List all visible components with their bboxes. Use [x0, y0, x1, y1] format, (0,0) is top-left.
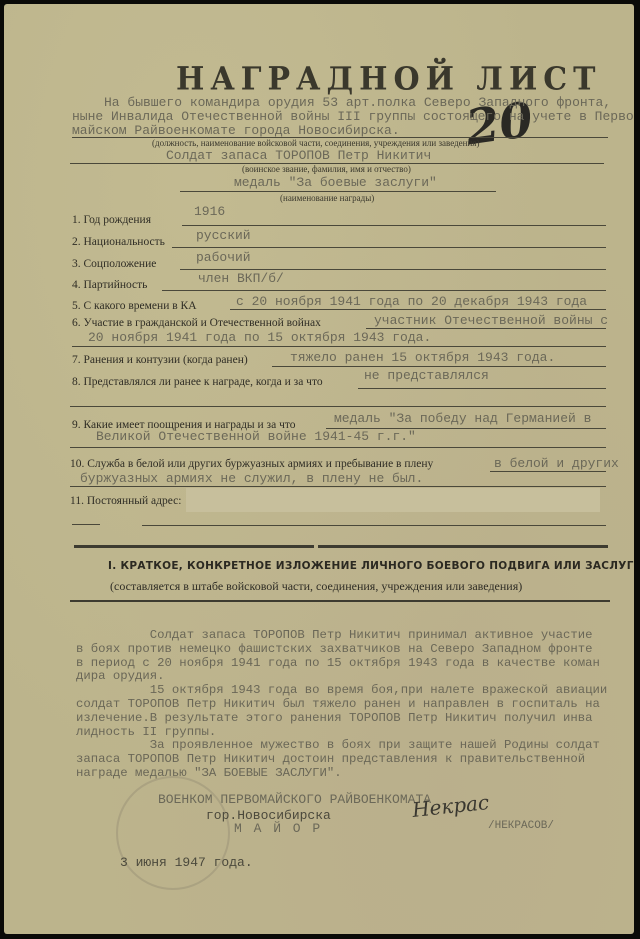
position-caption: (должность, наименование войсковой части…	[152, 138, 479, 148]
narrative-line: излечение.В результате этого ранения ТОР…	[76, 712, 607, 726]
narrative-text: Солдат запаса ТОРОПОВ Петр Никитич прини…	[76, 629, 607, 781]
field-label-nationality: 2. Национальность	[72, 236, 165, 248]
section-title: I. КРАТКОЕ, КОНКРЕТНОЕ ИЗЛОЖЕНИЕ ЛИЧНОГО…	[108, 560, 634, 572]
field-label-previous-awards: 8. Представлялся ли ранее к награде, ког…	[72, 376, 323, 388]
field-label-social-status: 3. Соцположение	[72, 258, 156, 270]
narrative-line: 15 октября 1943 года во время боя,при на…	[76, 684, 607, 698]
field-value-service-since: с 20 ноября 1941 года по 20 декабря 1943…	[236, 294, 587, 309]
name-caption: (воинское звание, фамилия, имя и отчеств…	[242, 164, 411, 174]
award-sheet-page: НАГРАДНОЙ ЛИСТ 20 На бывшего командира о…	[4, 4, 634, 934]
narrative-line: в период с 20 ноября 1941 года по 15 окт…	[76, 657, 607, 671]
field-label-party: 4. Партийность	[72, 279, 147, 291]
narrative-line: в боях против немецко фашистских захватч…	[76, 643, 607, 657]
signature-rank: М А Й О Р	[234, 821, 322, 836]
field-label-wounds: 7. Ранения и контузии (когда ранен)	[72, 354, 248, 366]
position-line-1: На бывшего командира орудия 53 арт.полка…	[104, 95, 611, 110]
field-value-war-participation: участник Отечественной войны с	[374, 313, 608, 328]
field-value-nationality: русский	[196, 228, 251, 243]
field-value-social-status: рабочий	[196, 250, 251, 265]
field-value-decorations: медаль "За победу над Германией в	[334, 411, 591, 426]
field-value-white-army-2: буржуазных армиях не служил, в плену не …	[80, 471, 423, 486]
position-line-3: майском Райвоенкомате города Новосибирск…	[72, 123, 400, 138]
field-label-address: 11. Постоянный адрес:	[70, 495, 181, 507]
address-redaction	[186, 488, 600, 512]
signature-date: 3 июня 1947 года.	[120, 855, 253, 870]
signature-title-line1: ВОЕНКОМ ПЕРВОМАЙСКОГО РАЙВОЕНКОМАТА	[158, 792, 431, 807]
award-caption: (наименование награды)	[280, 193, 374, 203]
award-name: медаль "За боевые заслуги"	[234, 175, 437, 190]
position-line-2: ныне Инвалида Отечественной войны III гр…	[72, 109, 634, 124]
field-label-service-since: 5. С какого времени в КА	[72, 300, 197, 312]
field-label-white-army: 10. Служба в белой или других буржуазных…	[70, 458, 433, 470]
narrative-line: дира орудия.	[76, 670, 607, 684]
field-value-wounds: тяжело ранен 15 октября 1943 года.	[290, 350, 555, 365]
field-value-party: член ВКП/б/	[198, 271, 284, 286]
field-value-white-army: в белой и других	[494, 456, 619, 471]
narrative-line: запаса ТОРОПОВ Петр Никитич достоин пред…	[76, 753, 607, 767]
field-value-decorations-2: Великой Отечественной войне 1941-45 г.г.…	[96, 429, 416, 444]
narrative-line: солдат ТОРОПОВ Петр Никитич был тяжело р…	[76, 698, 607, 712]
field-value-previous-awards: не представлялся	[364, 368, 489, 383]
field-label-war-participation: 6. Участие в гражданской и Отечественной…	[72, 317, 321, 329]
narrative-line: За проявленное мужество в боях при защит…	[76, 739, 607, 753]
document-title: НАГРАДНОЙ ЛИСТ	[176, 61, 602, 98]
field-value-war-participation-2: 20 ноября 1941 года по 15 октября 1943 г…	[88, 330, 431, 345]
section-subtitle: (составляется в штабе войсковой части, с…	[110, 579, 522, 594]
narrative-line: Солдат запаса ТОРОПОВ Петр Никитич прини…	[76, 629, 607, 643]
field-label-birth-year: 1. Год рождения	[72, 214, 151, 226]
signer-name: /НЕКРАСОВ/	[488, 820, 554, 832]
narrative-line: лидность II группы.	[76, 726, 607, 740]
field-value-birth-year: 1916	[194, 204, 225, 219]
recipient-name: Солдат запаса ТОРОПОВ Петр Никитич	[166, 148, 431, 163]
